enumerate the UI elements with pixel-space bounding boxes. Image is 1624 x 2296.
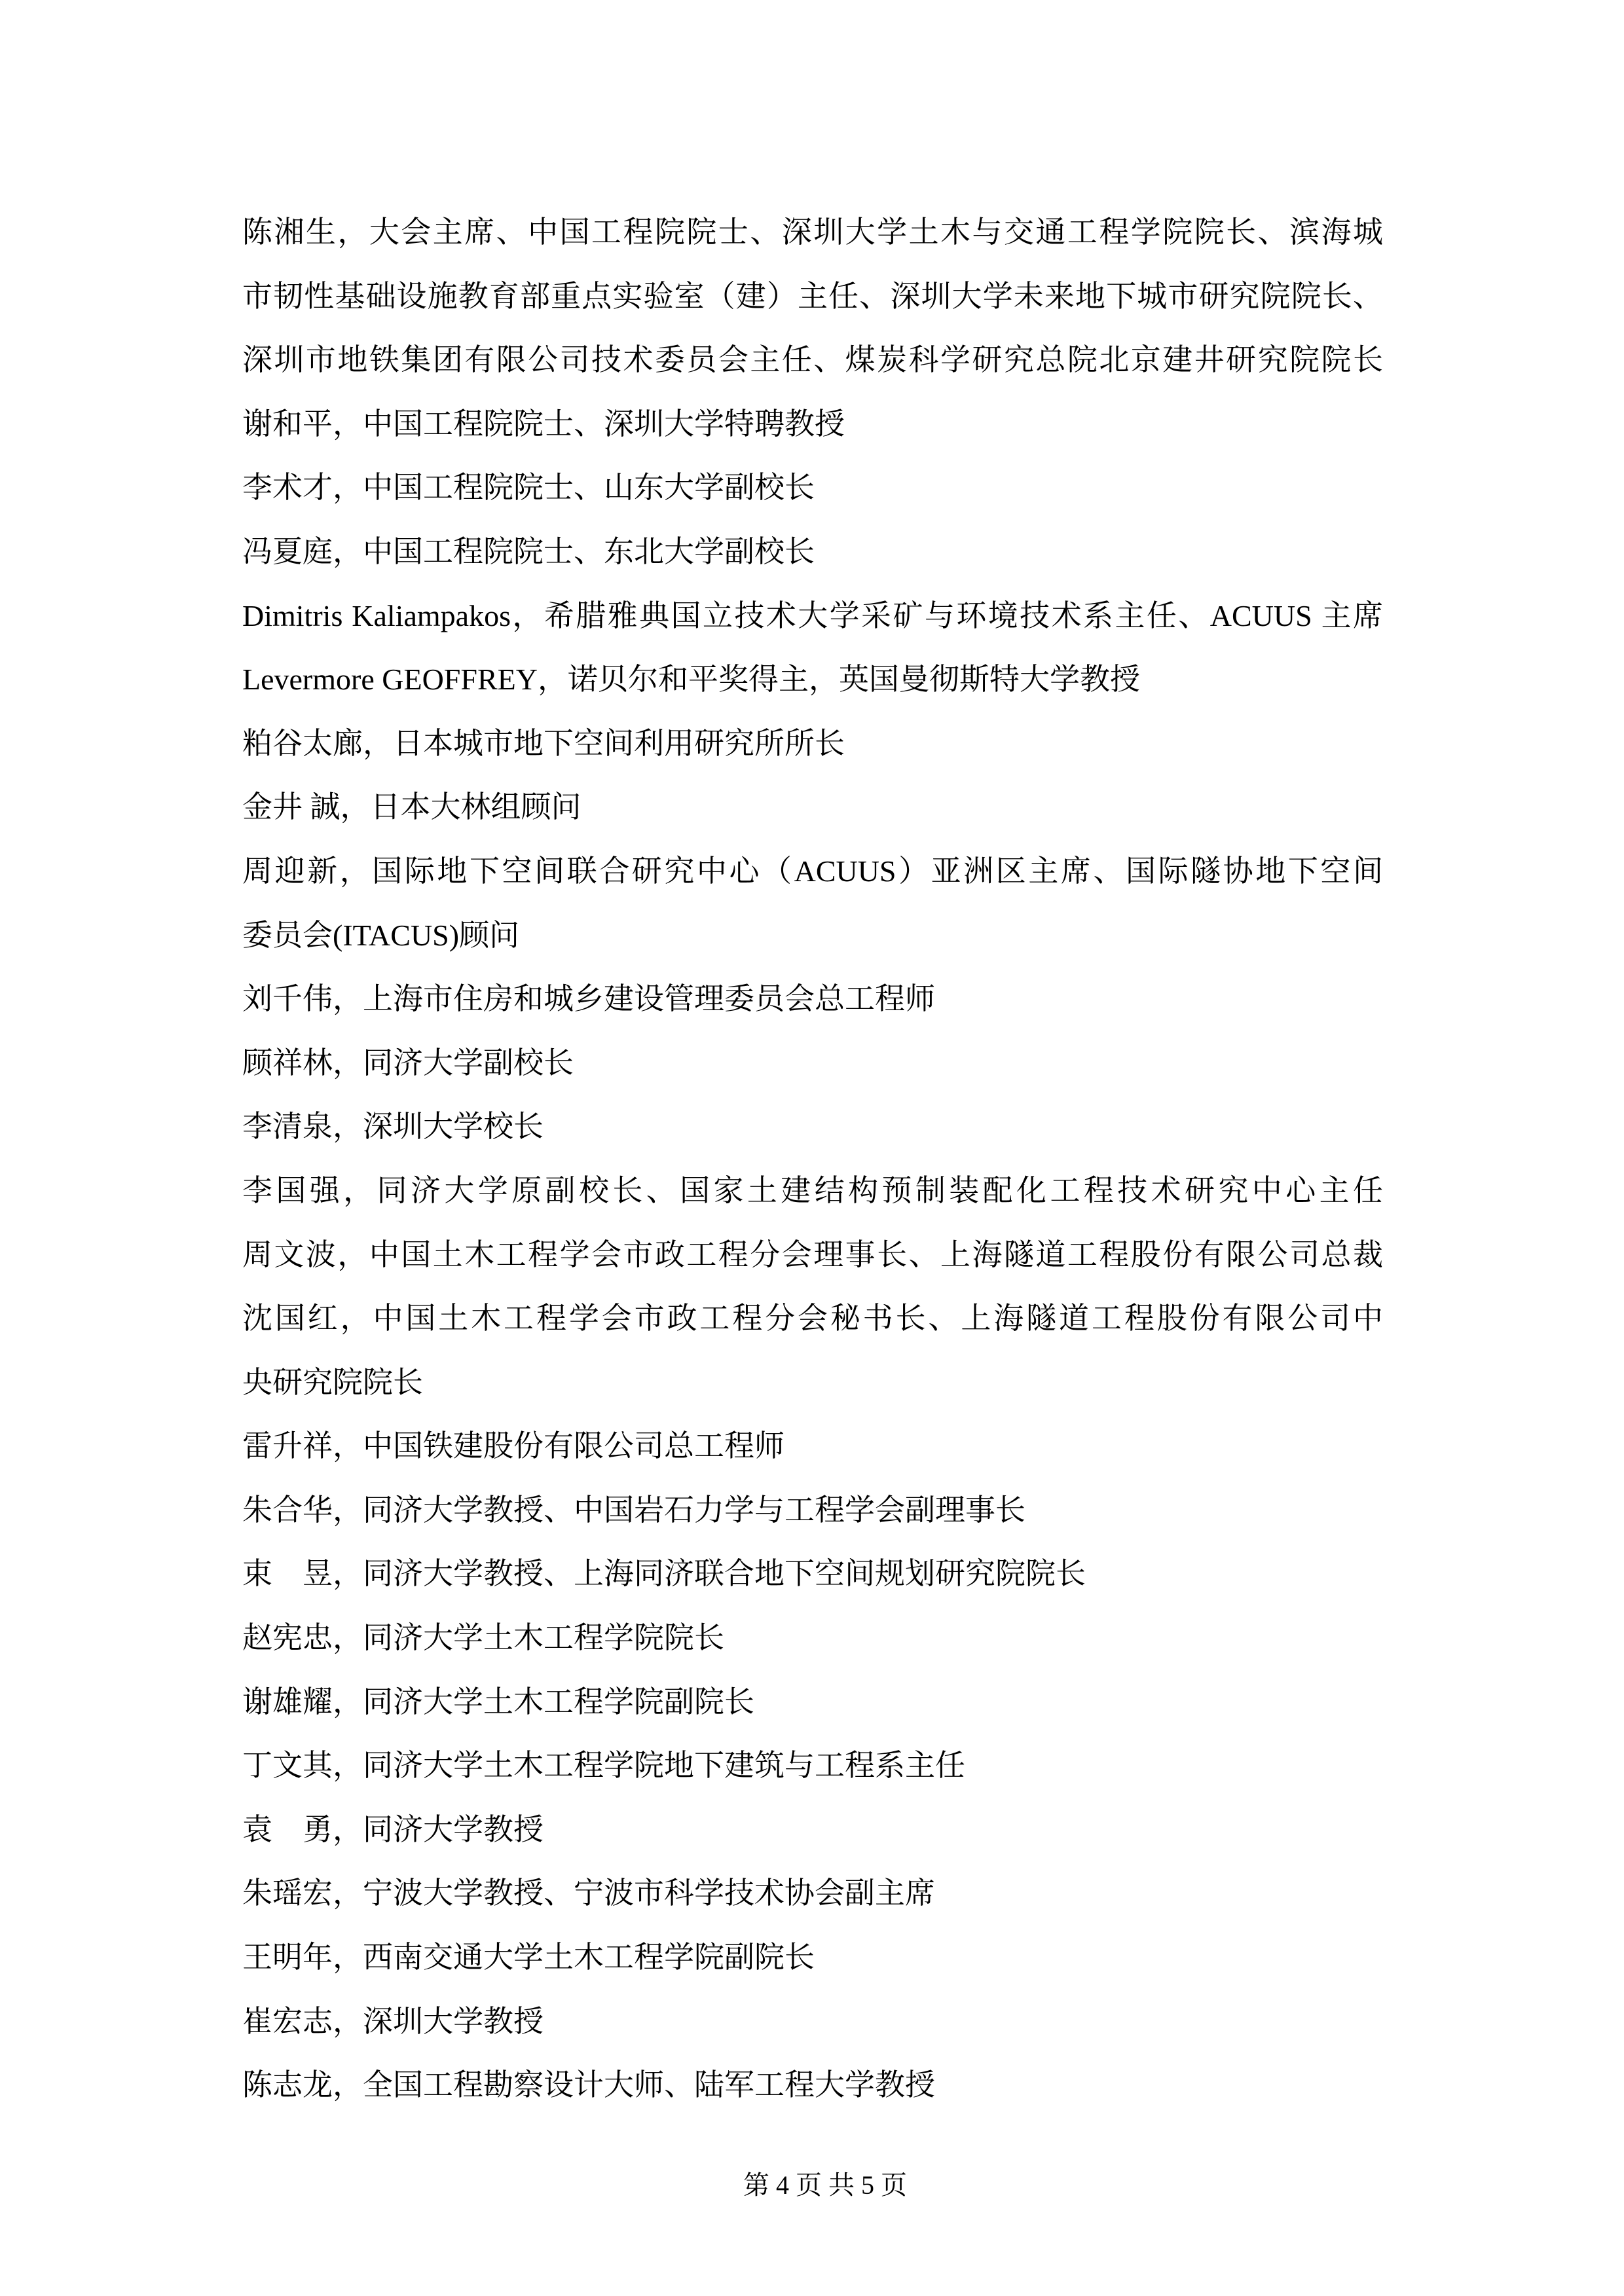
page-footer: 第 4 页 共 5 页: [0, 2126, 1624, 2166]
text-line: 金井 誠，日本大林组顾问: [242, 775, 1383, 839]
text-line: 刘千伟，上海市住房和城乡建设管理委员会总工程师: [242, 967, 1383, 1031]
text-line: 深圳市地铁集团有限公司技术委员会主任、煤炭科学研究总院北京建井研究院院长: [242, 328, 1383, 392]
text-line: 周文波，中国土木工程学会市政工程分会理事长、上海隧道工程股份有限公司总裁: [242, 1223, 1383, 1287]
text-line: 李国强，同济大学原副校长、国家土建结构预制装配化工程技术研究中心主任: [242, 1159, 1383, 1223]
text-line: Levermore GEOFFREY，诺贝尔和平奖得主，英国曼彻斯特大学教授: [242, 647, 1383, 712]
text-line: 李清泉，深圳大学校长: [242, 1095, 1383, 1159]
text-line: 委员会(ITACUS)顾问: [242, 903, 1383, 968]
text-line: 王明年，西南交通大学土木工程学院副院长: [242, 1925, 1383, 1990]
text-line: 袁 勇，同济大学教授: [242, 1798, 1383, 1862]
text-line: 崔宏志，深圳大学教授: [242, 1990, 1383, 2054]
document-page: 陈湘生，大会主席、中国工程院院士、深圳大学土木与交通工程学院院长、滨海城市韧性基…: [0, 0, 1624, 2296]
text-line: 顾祥林，同济大学副校长: [242, 1031, 1383, 1095]
text-line: 央研究院院长: [242, 1351, 1383, 1415]
text-line: Dimitris Kaliampakos，希腊雅典国立技术大学采矿与环境技术系主…: [242, 584, 1383, 648]
text-line: 市韧性基础设施教育部重点实验室（建）主任、深圳大学未来地下城市研究院院长、: [242, 264, 1383, 329]
page-number-text: 第 4 页 共 5 页: [743, 2170, 907, 2200]
text-line: 朱瑶宏，宁波大学教授、宁波市科学技术协会副主席: [242, 1861, 1383, 1925]
text-line: 周迎新，国际地下空间联合研究中心（ACUUS）亚洲区主席、国际隧协地下空间: [242, 839, 1383, 903]
text-line: 粕谷太廊，日本城市地下空间利用研究所所长: [242, 712, 1383, 776]
text-line: 谢和平，中国工程院院士、深圳大学特聘教授: [242, 392, 1383, 456]
text-line: 冯夏庭，中国工程院院士、东北大学副校长: [242, 520, 1383, 584]
text-line: 丁文其，同济大学土木工程学院地下建筑与工程系主任: [242, 1734, 1383, 1798]
text-line: 谢雄耀，同济大学土木工程学院副院长: [242, 1670, 1383, 1734]
text-line: 沈国红，中国土木工程学会市政工程分会秘书长、上海隧道工程股份有限公司中: [242, 1286, 1383, 1351]
text-line: 雷升祥，中国铁建股份有限公司总工程师: [242, 1414, 1383, 1478]
text-line: 陈湘生，大会主席、中国工程院院士、深圳大学土木与交通工程学院院长、滨海城: [242, 200, 1383, 264]
committee-name-list: 陈湘生，大会主席、中国工程院院士、深圳大学土木与交通工程学院院长、滨海城市韧性基…: [242, 200, 1383, 2117]
text-line: 李术才，中国工程院院士、山东大学副校长: [242, 456, 1383, 520]
text-line: 朱合华，同济大学教授、中国岩石力学与工程学会副理事长: [242, 1478, 1383, 1542]
text-line: 赵宪忠，同济大学土木工程学院院长: [242, 1606, 1383, 1670]
text-line: 陈志龙，全国工程勘察设计大师、陆军工程大学教授: [242, 2053, 1383, 2117]
text-line: 束 昱，同济大学教授、上海同济联合地下空间规划研究院院长: [242, 1542, 1383, 1606]
